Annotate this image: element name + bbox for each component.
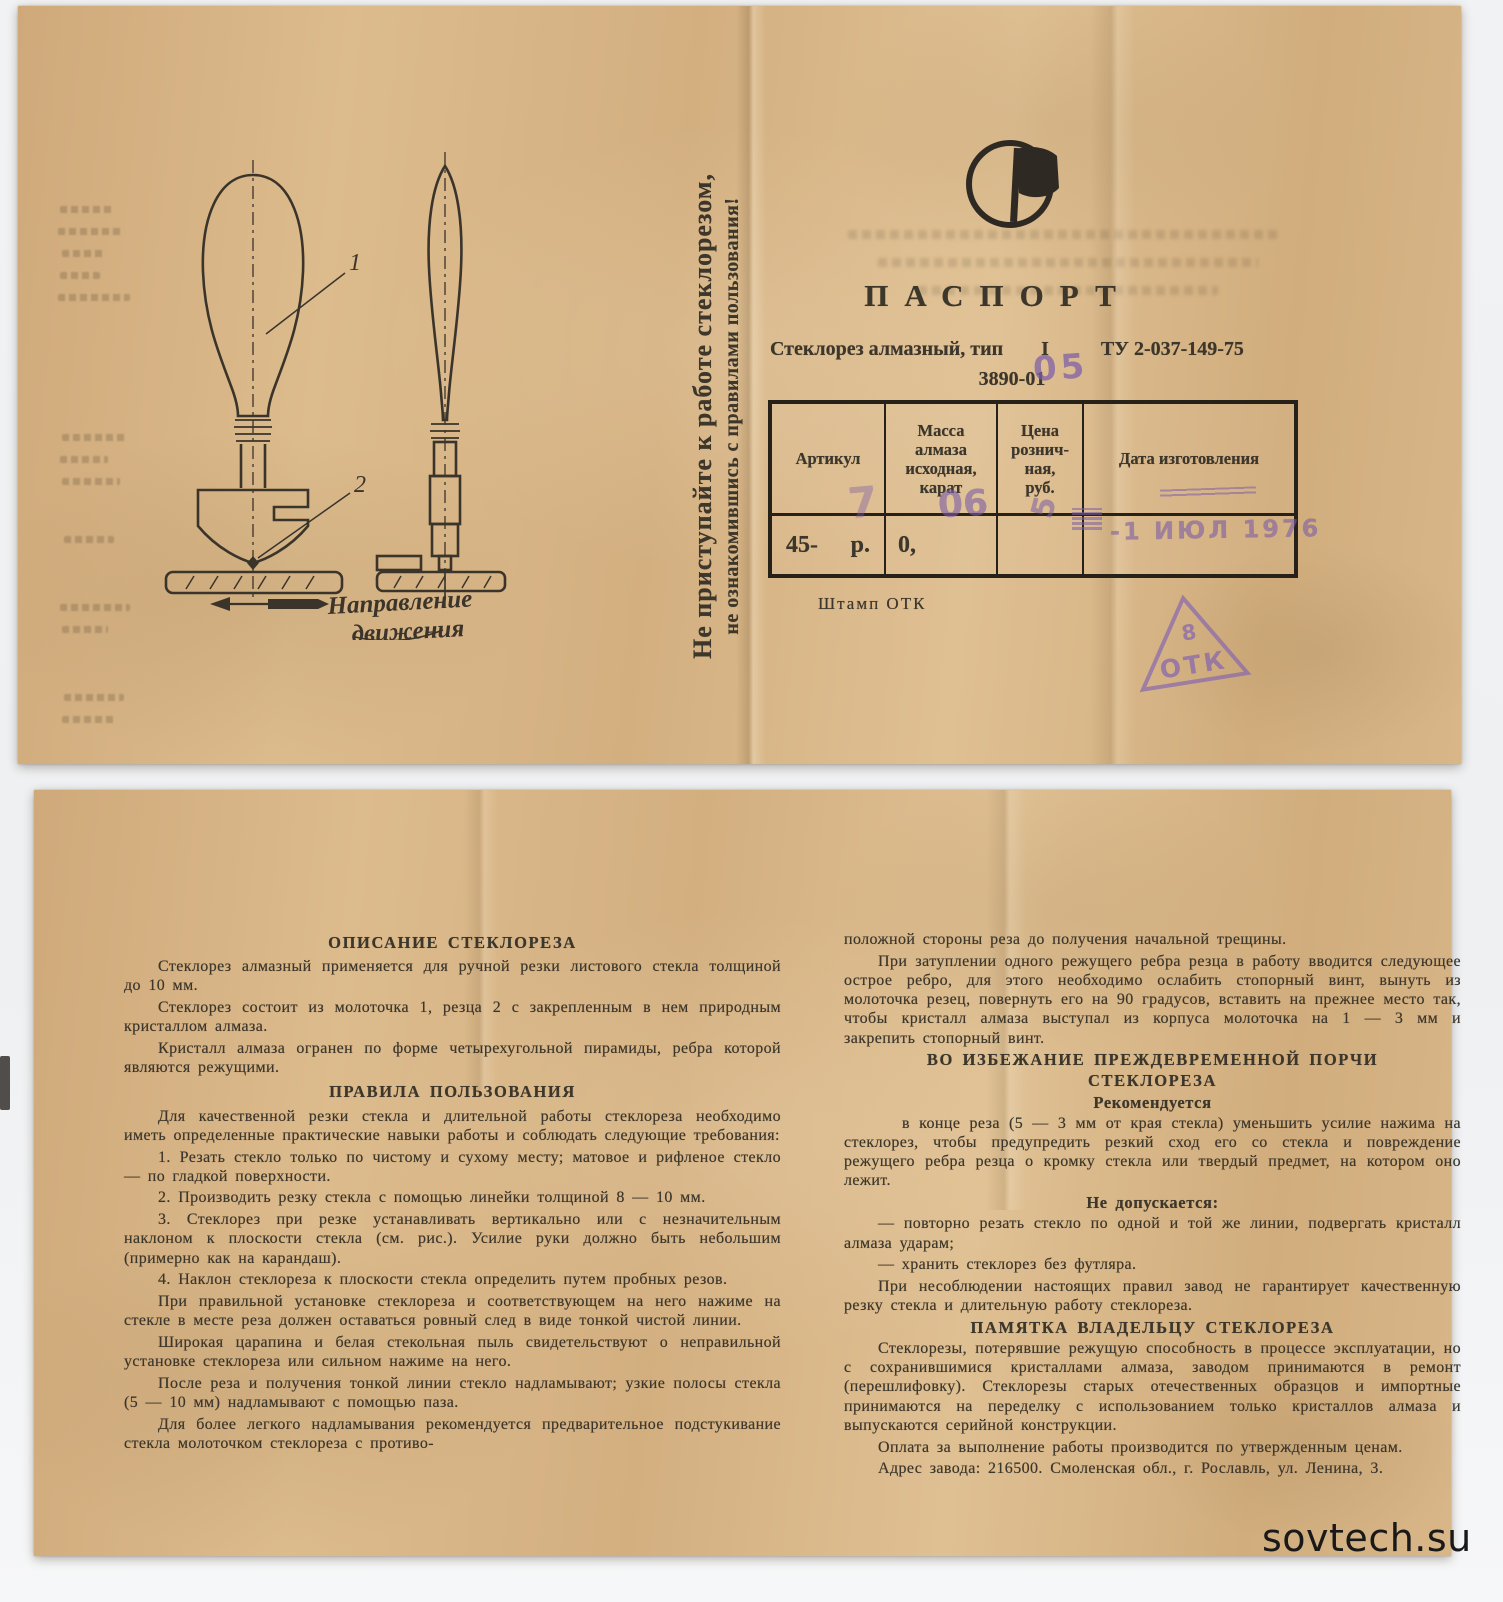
paragraph: 1. Резать стекло только по чистому и сух… [124, 1148, 781, 1186]
paragraph: Кристалл алмаза огранен по форме четырех… [124, 1039, 781, 1077]
section-heading: СТЕКЛОРЕЗА [844, 1071, 1461, 1090]
paragraph: Оплата за выполнение работы производится… [844, 1438, 1461, 1457]
warning-line2: не ознакомившись с правилами пользования… [721, 166, 744, 666]
paragraph: Стеклорез алмазный применяется для ручно… [124, 957, 781, 995]
mass-value: 0, [898, 536, 916, 555]
section-heading: ПРАВИЛА ПОЛЬЗОВАНИЯ [124, 1082, 781, 1101]
product-name: Стеклорез алмазный, тип [770, 338, 1003, 360]
tu-standard: ТУ 2-037-149-75 [1101, 338, 1244, 360]
section-heading: ОПИСАНИЕ СТЕКЛОРЕЗА [124, 933, 781, 952]
section-heading: ПАМЯТКА ВЛАДЕЛЬЦУ СТЕКЛОРЕЗА [844, 1318, 1461, 1337]
paragraph: При правильной установке стеклореза и со… [124, 1292, 781, 1330]
date-stamp: -1 ИЮЛ 1976 [1110, 514, 1322, 546]
description-column: ОПИСАНИЕ СТЕКЛОРЕЗА Стеклорез алмазный п… [124, 928, 781, 1456]
paragraph: Для качественной резки стекла и длительн… [124, 1107, 781, 1145]
paragraph: При несоблюдении настоящих правил завод … [844, 1277, 1461, 1315]
warning-line1: Не приступайте к работе стеклорезом, [688, 166, 718, 666]
paragraph: 4. Наклон стеклореза к плоскости стекла … [124, 1270, 781, 1289]
paragraph: 3. Стеклорез при резке устанавливать вер… [124, 1210, 781, 1268]
price-stamp-block [1072, 508, 1102, 530]
otk-triangle-stamp: 8 ОТК [1121, 583, 1255, 701]
factory-flag-logo [962, 132, 1062, 236]
articul-value: 45- [786, 536, 818, 555]
front-sheet: 1 2 Направление движения Не приступайте … [18, 6, 1461, 764]
usage-warning: Не приступайте к работе стеклорезом, не … [688, 166, 764, 666]
document-title: ПАСПОРТ [778, 278, 1218, 314]
paragraph: 2. Производить резку стекла с помощью ли… [124, 1188, 781, 1207]
otk-triangle-number: 8 [1180, 620, 1198, 646]
section-heading: ВО ИЗБЕЖАНИЕ ПРЕЖДЕВРЕМЕННОЙ ПОРЧИ [844, 1050, 1461, 1069]
paragraph: Стеклорезы, потерявшие режущую способнос… [844, 1339, 1461, 1435]
paragraph: Стеклорез состоит из молоточка 1, резца … [124, 998, 781, 1036]
paragraph: — повторно резать стекло по одной и той … [844, 1214, 1461, 1252]
paragraph: в конце реза (5 — 3 мм от края стекла) у… [844, 1114, 1461, 1191]
paragraph: При затуплении одного режущего ребра рез… [844, 952, 1461, 1048]
scanned-passport-document: 1 2 Направление движения Не приступайте … [0, 0, 1503, 1602]
paragraph: После реза и получения тонкой линии стек… [124, 1374, 781, 1412]
articul-stamp: 7 [846, 477, 879, 528]
paragraph: Для более легкого надламывания рекоменду… [124, 1415, 781, 1453]
back-sheet: ОПИСАНИЕ СТЕКЛОРЕЗА Стеклорез алмазный п… [34, 790, 1451, 1556]
number-stamp: 05 [1032, 346, 1090, 390]
glass-cutter-figure: 1 2 Направление движения [150, 148, 530, 640]
subsection-heading: Рекомендуется [844, 1093, 1461, 1112]
mass-stamp: 06 [937, 483, 989, 527]
scan-edge-smudge [0, 1056, 10, 1110]
paragraph: положной стороны реза до получения начал… [844, 930, 1461, 949]
passport-table: Артикул Масса алмаза исходная, карат Цен… [768, 400, 1298, 578]
figure-caption-line2: движения [351, 615, 465, 640]
subsection-heading: Не допускается: [844, 1193, 1461, 1212]
figure-label-handle: 1 [349, 250, 361, 276]
site-watermark: sovtech.su [1262, 1516, 1472, 1560]
figure-label-cutter: 2 [354, 472, 366, 498]
articul-suffix: р. [851, 536, 870, 555]
table-cell-price [996, 516, 1082, 574]
otk-stamp-label: Штамп ОТК [818, 594, 926, 614]
product-code: 3890-01 [770, 368, 1254, 391]
rules-column: положной стороны реза до получения начал… [844, 930, 1461, 1481]
paragraph: Широкая царапина и белая стекольная пыль… [124, 1333, 781, 1371]
paragraph: — хранить стеклорез без футляра. [844, 1255, 1461, 1274]
table-header-date: Дата изготовления [1082, 404, 1294, 516]
paragraph: Адрес завода: 216500. Смоленская обл., г… [844, 1459, 1461, 1478]
